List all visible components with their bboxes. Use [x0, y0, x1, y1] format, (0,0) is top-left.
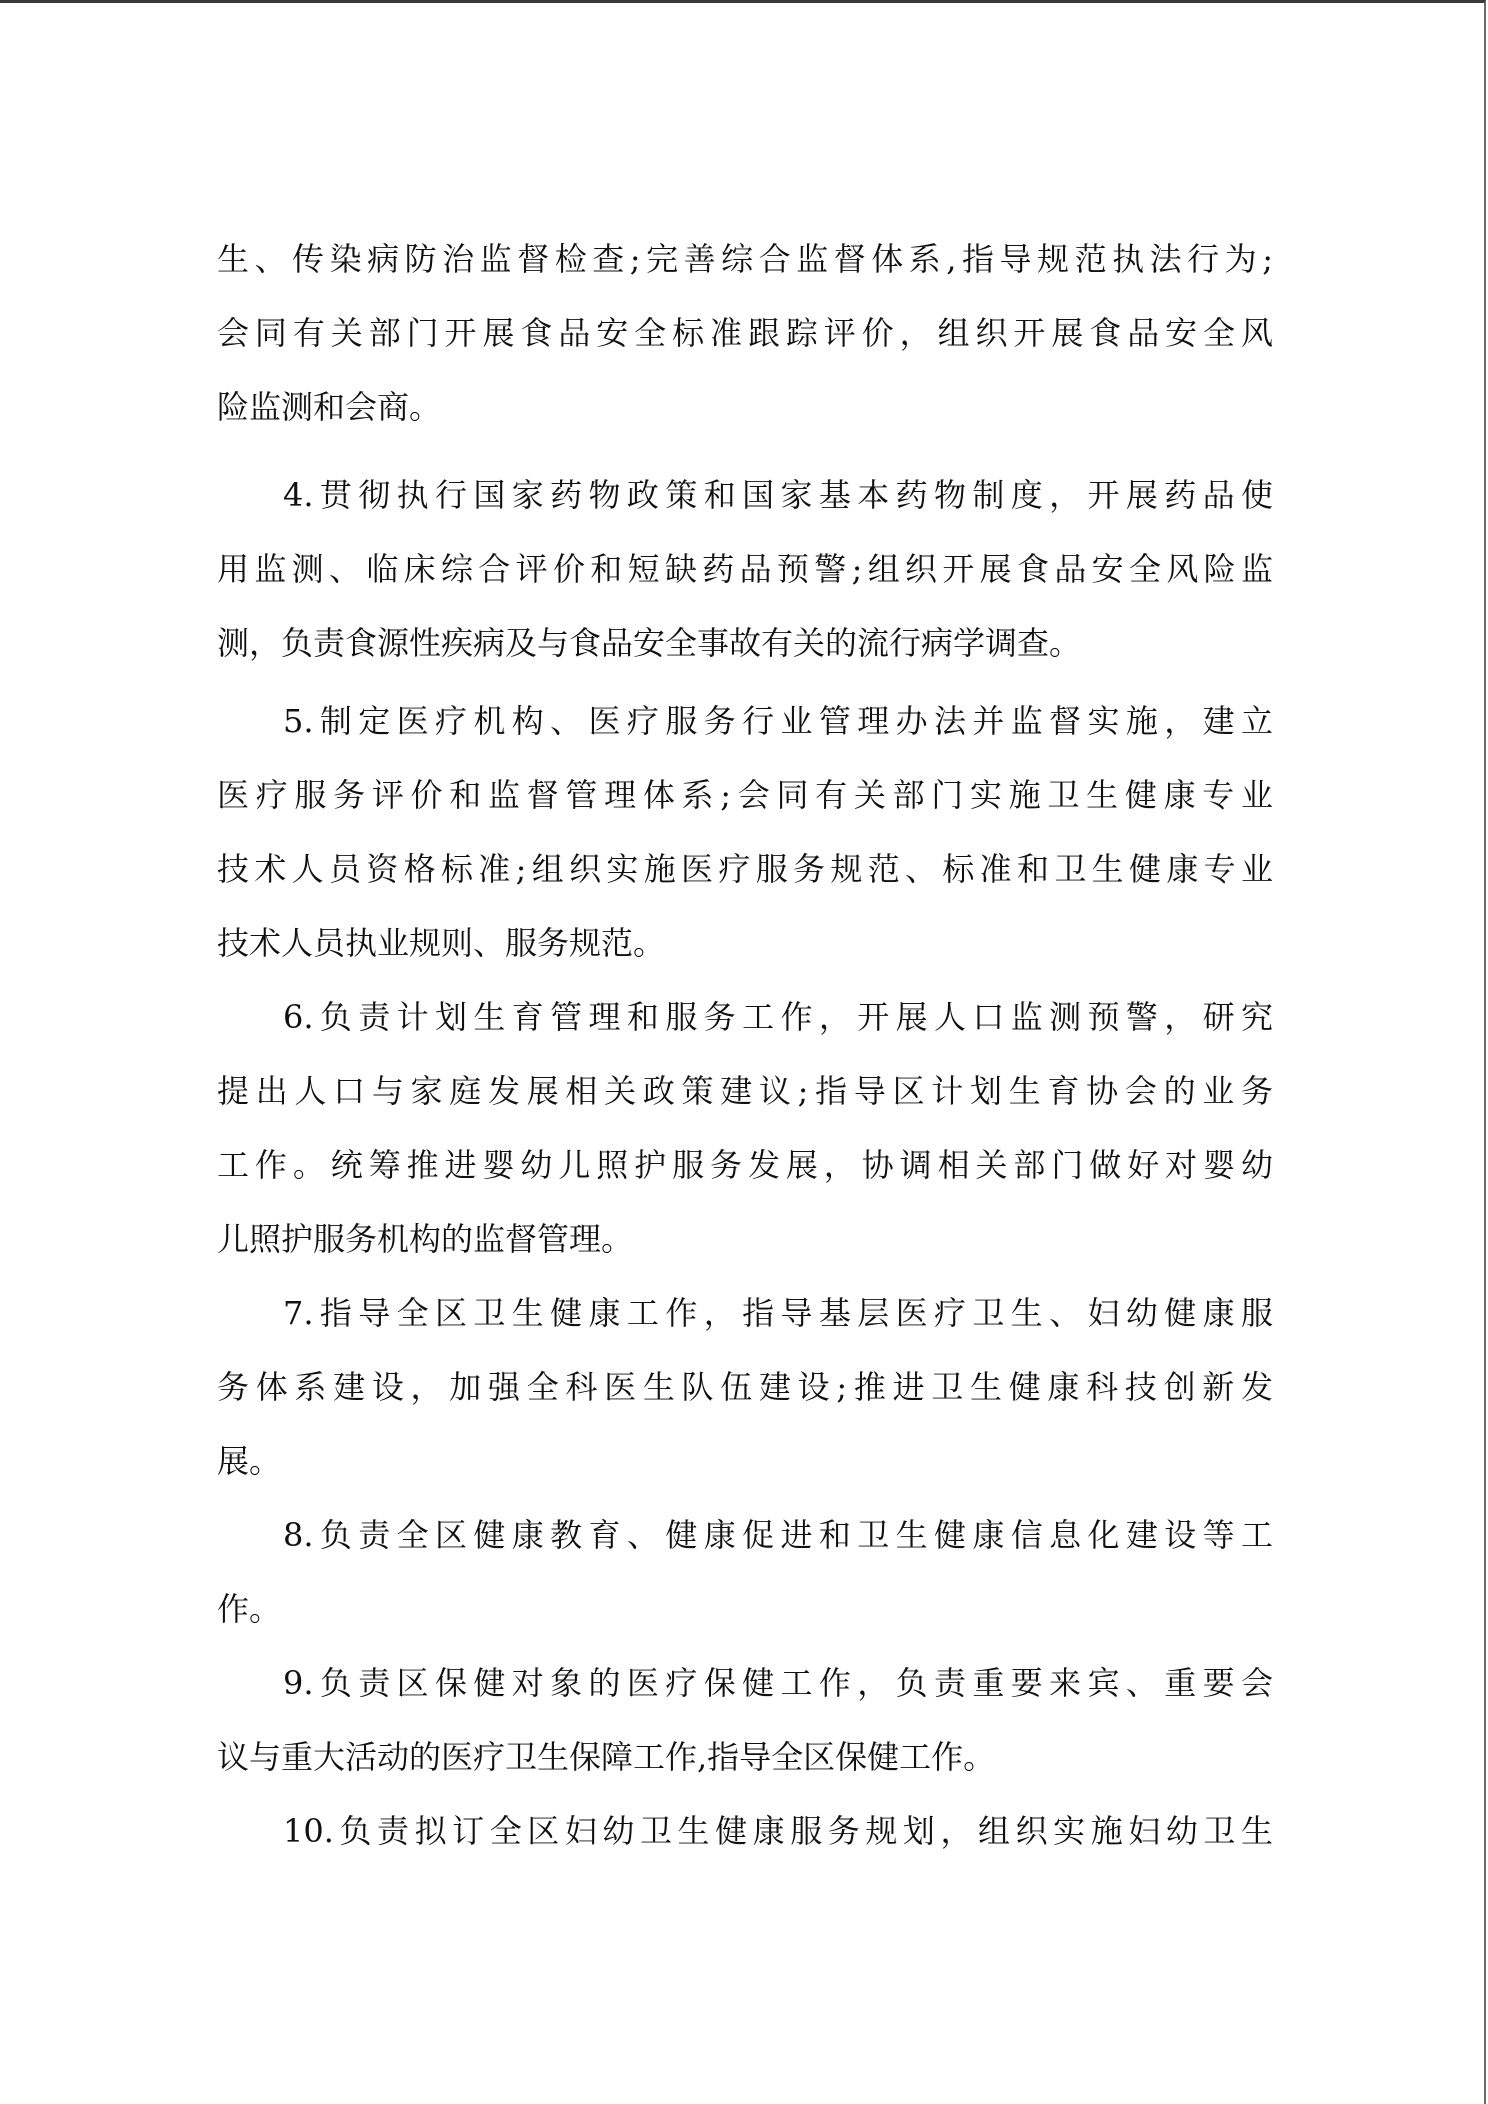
text-line: 4.贯彻执行国家药物政策和国家基本药物制度，开展药品使: [217, 465, 1273, 539]
text-line: 用监测、临床综合评价和短缺药品预警;组织开展食品安全风险监: [217, 539, 1273, 613]
text-line: 医疗服务评价和监督管理体系;会同有关部门实施卫生健康专业: [217, 765, 1273, 839]
paragraph-item-5: 5.制定医疗机构、医疗服务行业管理办法并监督实施，建立 医疗服务评价和监督管理体…: [217, 691, 1273, 987]
paragraph-item-4: 4.贯彻执行国家药物政策和国家基本药物制度，开展药品使 用监测、临床综合评价和短…: [217, 465, 1273, 687]
text-line: 技术人员执业规则、服务规范。: [217, 913, 1273, 987]
paragraph-item-8: 8.负责全区健康教育、健康促进和卫生健康信息化建设等工 作。: [217, 1505, 1273, 1653]
document-page: 生、传染病防治监督检查;完善综合监督体系,指导规范执法行为; 会同有关部门开展食…: [0, 0, 1486, 2104]
text-line: 务体系建设，加强全科医生队伍建设;推进卫生健康科技创新发: [217, 1357, 1273, 1431]
text-line: 技术人员资格标准;组织实施医疗服务规范、标准和卫生健康专业: [217, 839, 1273, 913]
text-line: 5.制定医疗机构、医疗服务行业管理办法并监督实施，建立: [217, 691, 1273, 765]
text-line: 作。: [217, 1579, 1273, 1653]
paragraph-item-9: 9.负责区保健对象的医疗保健工作，负责重要来宾、重要会 议与重大活动的医疗卫生保…: [217, 1653, 1273, 1801]
text-line: 8.负责全区健康教育、健康促进和卫生健康信息化建设等工: [217, 1505, 1273, 1579]
text-line: 提出人口与家庭发展相关政策建议;指导区计划生育协会的业务: [217, 1061, 1273, 1135]
paragraph-item-10: 10.负责拟订全区妇幼卫生健康服务规划，组织实施妇幼卫生: [217, 1801, 1273, 1875]
text-line: 10.负责拟订全区妇幼卫生健康服务规划，组织实施妇幼卫生: [217, 1801, 1273, 1875]
text-line: 测，负责食源性疾病及与食品安全事故有关的流行病学调查。: [217, 613, 1273, 687]
text-line: 展。: [217, 1431, 1273, 1505]
paragraph-item-7: 7.指导全区卫生健康工作，指导基层医疗卫生、妇幼健康服 务体系建设，加强全科医生…: [217, 1283, 1273, 1505]
text-line: 议与重大活动的医疗卫生保障工作,指导全区保健工作。: [217, 1727, 1273, 1801]
text-line: 7.指导全区卫生健康工作，指导基层医疗卫生、妇幼健康服: [217, 1283, 1273, 1357]
text-line: 会同有关部门开展食品安全标准跟踪评价，组织开展食品安全风: [217, 303, 1273, 377]
body-text: 生、传染病防治监督检查;完善综合监督体系,指导规范执法行为; 会同有关部门开展食…: [217, 229, 1273, 1875]
text-line: 生、传染病防治监督检查;完善综合监督体系,指导规范执法行为;: [217, 229, 1273, 303]
text-line: 6.负责计划生育管理和服务工作，开展人口监测预警，研究: [217, 987, 1273, 1061]
text-line: 9.负责区保健对象的医疗保健工作，负责重要来宾、重要会: [217, 1653, 1273, 1727]
text-line: 险监测和会商。: [217, 377, 1273, 451]
text-line: 儿照护服务机构的监督管理。: [217, 1209, 1273, 1283]
paragraph-item-6: 6.负责计划生育管理和服务工作，开展人口监测预警，研究 提出人口与家庭发展相关政…: [217, 987, 1273, 1283]
text-line: 工作。统筹推进婴幼儿照护服务发展，协调相关部门做好对婴幼: [217, 1135, 1273, 1209]
paragraph-continuation: 生、传染病防治监督检查;完善综合监督体系,指导规范执法行为; 会同有关部门开展食…: [217, 229, 1273, 451]
